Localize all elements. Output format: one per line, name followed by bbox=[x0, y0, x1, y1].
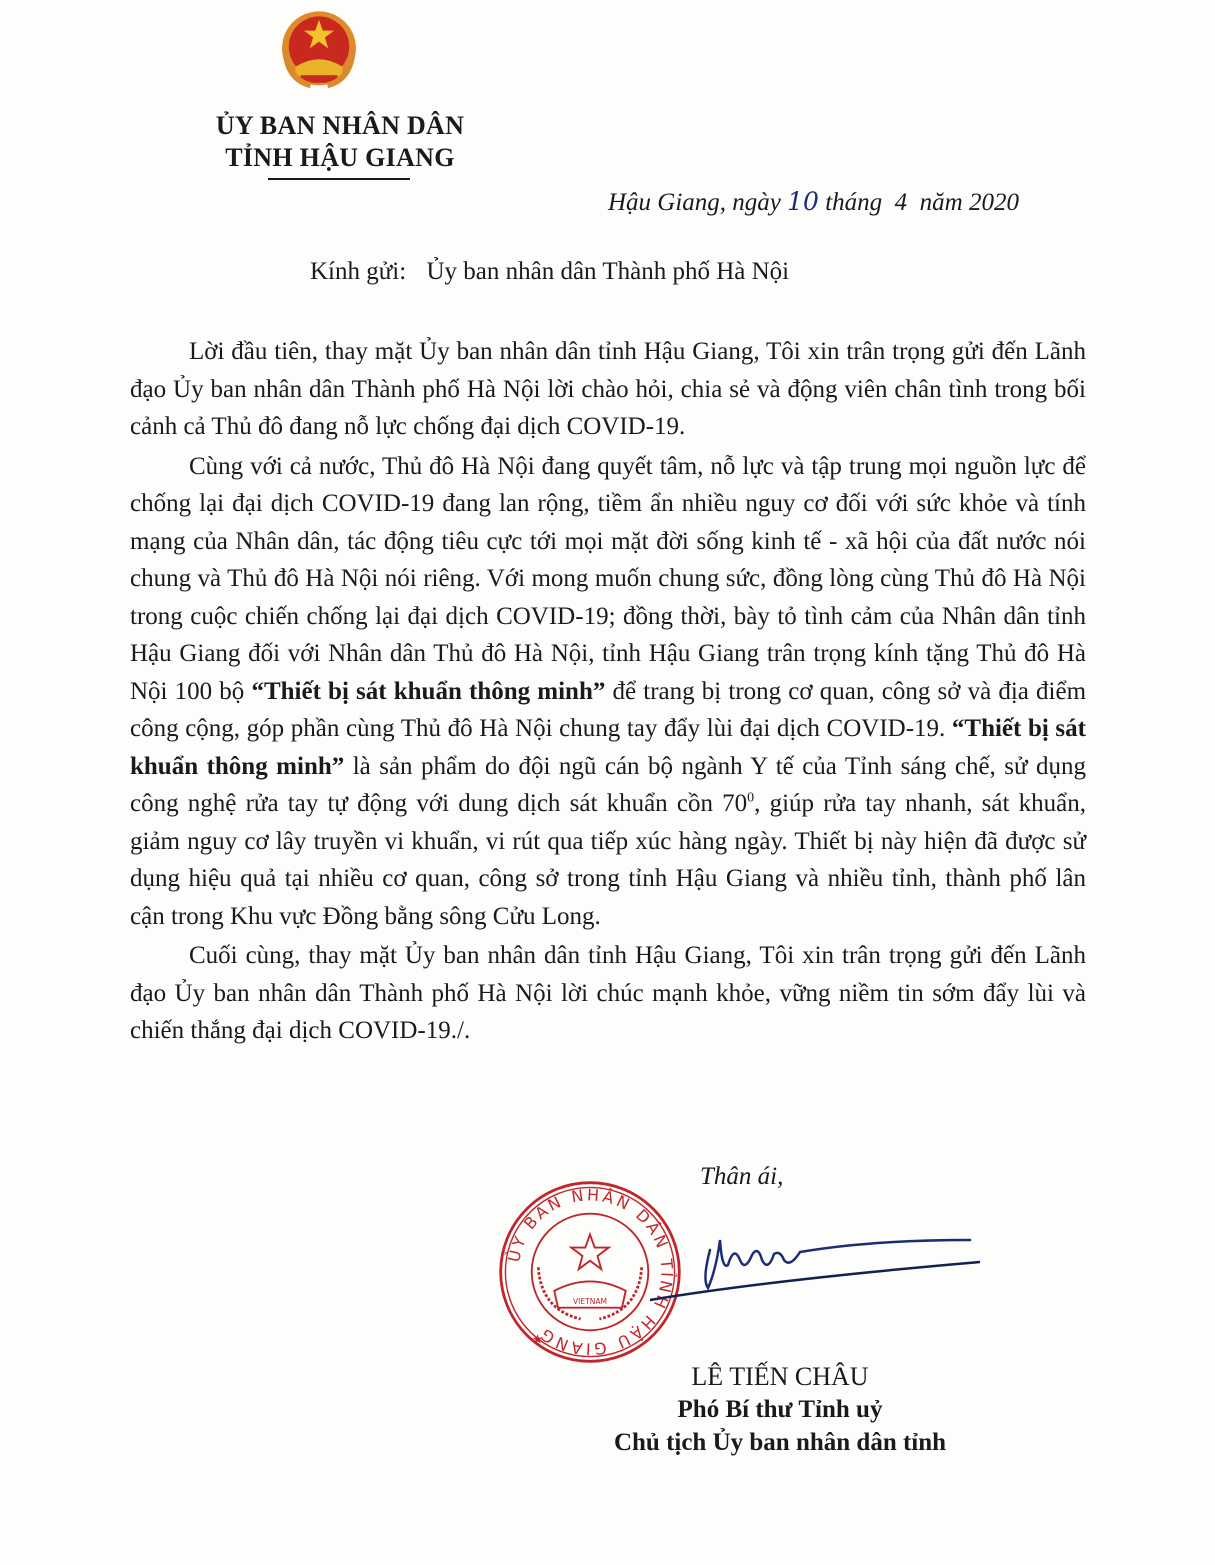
signer-title-1: Phó Bí thư Tỉnh uỷ bbox=[560, 1393, 1000, 1426]
dateline-day-handwritten: 10 bbox=[787, 187, 819, 216]
signer-name: LÊ TIẾN CHÂU bbox=[560, 1360, 1000, 1393]
paragraph-1: Lời đầu tiên, thay mặt Ủy ban nhân dân t… bbox=[130, 333, 1086, 446]
org-line-2: TỈNH HẬU GIANG bbox=[190, 142, 490, 174]
recipient-value: Ủy ban nhân dân Thành phố Hà Nội bbox=[426, 258, 789, 285]
header-underline bbox=[268, 178, 410, 180]
recipient-line: Kính gửi: Ủy ban nhân dân Thành phố Hà N… bbox=[310, 258, 789, 286]
closing-salutation: Thân ái, bbox=[700, 1163, 783, 1191]
paragraph-2-text-a: Cùng với cả nước, Thủ đô Hà Nội đang quy… bbox=[130, 453, 1086, 705]
issuing-organization: ỦY BAN NHÂN DÂN TỈNH HẬU GIANG bbox=[190, 110, 490, 174]
svg-text:★: ★ bbox=[532, 1331, 544, 1346]
national-emblem-icon bbox=[277, 8, 361, 92]
signer-block: LÊ TIẾN CHÂU Phó Bí thư Tỉnh uỷ Chủ tịch… bbox=[560, 1360, 1000, 1459]
recipient-label: Kính gửi: bbox=[310, 258, 406, 285]
dateline-place: Hậu Giang, ngày bbox=[608, 189, 787, 216]
dateline: Hậu Giang, ngày 10 tháng 4 năm 2020 bbox=[608, 187, 1019, 217]
dateline-rest: tháng 4 năm 2020 bbox=[819, 189, 1019, 216]
letter-body: Lời đầu tiên, thay mặt Ủy ban nhân dân t… bbox=[130, 333, 1086, 1052]
org-line-1: ỦY BAN NHÂN DÂN bbox=[190, 110, 490, 142]
signature bbox=[650, 1210, 980, 1320]
signer-title-2: Chủ tịch Ủy ban nhân dân tỉnh bbox=[560, 1426, 1000, 1459]
svg-text:VIETNAM: VIETNAM bbox=[573, 1297, 607, 1306]
paragraph-3: Cuối cùng, thay mặt Ủy ban nhân dân tỉnh… bbox=[130, 937, 1086, 1050]
product-name-bold: “Thiết bị sát khuẩn thông minh” bbox=[251, 678, 605, 705]
paragraph-2: Cùng với cả nước, Thủ đô Hà Nội đang quy… bbox=[130, 448, 1086, 936]
